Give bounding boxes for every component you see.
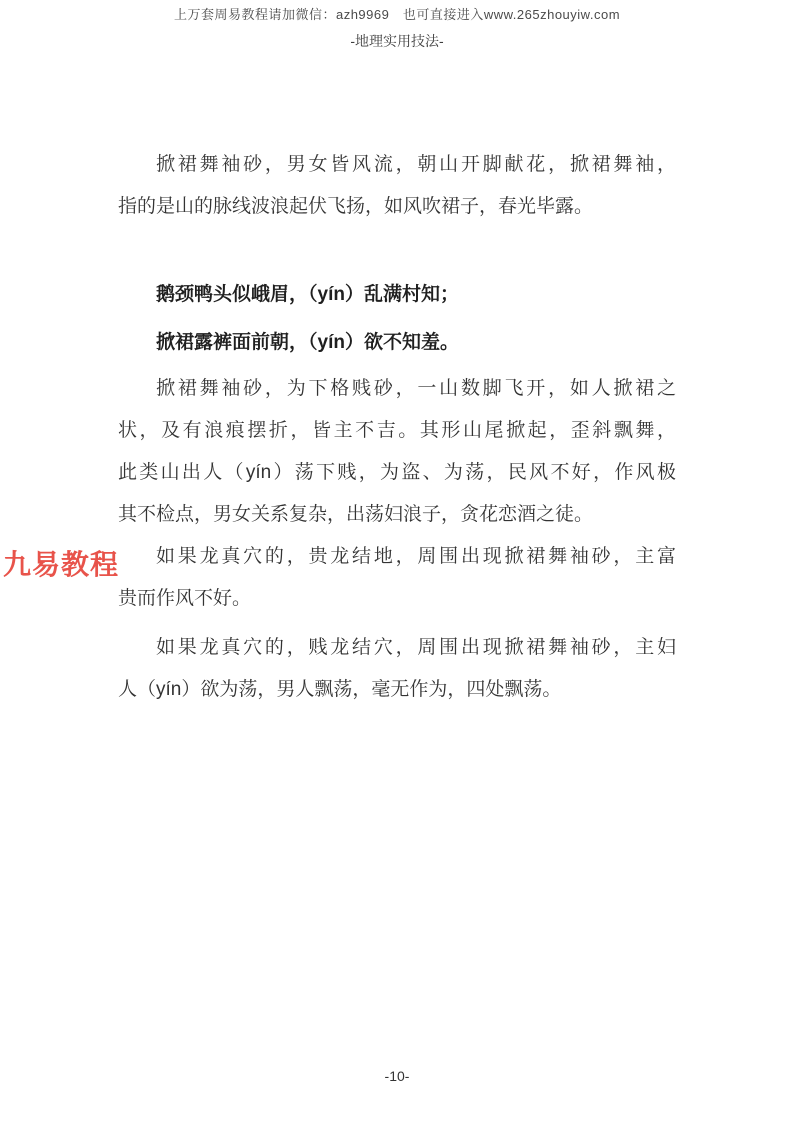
header-doc-title: -地理实用技法- [0,32,794,50]
verse-line-1: 鹅颈鸭头似峨眉，（yín）乱满村知； [118,274,676,316]
document-body: 掀裙舞袖砂，男女皆风流，朝山开脚献花，掀裙舞袖， 指的是山的脉线波浪起伏飞扬，如… [118,144,676,711]
paragraph-explanation: 掀裙舞袖砂，为下格贱砂，一山数脚飞开，如人掀裙之 状，及有浪痕摆折，皆主不吉。其… [118,368,676,536]
document-page: 上万套周易教程请加微信：azh9969 也可直接进入www.265zhouyiw… [0,0,794,1123]
paragraph-explanation-line-2: 状，及有浪痕摆折，皆主不吉。其形山尾掀起，歪斜飘舞， [118,410,676,452]
paragraph-base-dragon-line-2: 人（yín）欲为荡，男人飘荡，毫无作为，四处飘荡。 [118,669,676,711]
paragraph-intro: 掀裙舞袖砂，男女皆风流，朝山开脚献花，掀裙舞袖， 指的是山的脉线波浪起伏飞扬，如… [118,144,676,228]
verse-line-2: 掀裙露裤面前朝，（yín）欲不知羞。 [118,322,676,364]
paragraph-intro-line-1: 掀裙舞袖砂，男女皆风流，朝山开脚献花，掀裙舞袖， [118,144,676,186]
paragraph-explanation-line-4: 其不检点，男女关系复杂，出荡妇浪子，贪花恋酒之徒。 [118,494,676,536]
paragraph-noble-dragon-line-2: 贵而作风不好。 [118,578,676,620]
paragraph-noble-dragon-line-1: 如果龙真穴的，贵龙结地，周围出现掀裙舞袖砂，主富 [118,536,676,578]
paragraph-intro-line-2: 指的是山的脉线波浪起伏飞扬，如风吹裙子，春光毕露。 [118,186,676,228]
paragraph-noble-dragon: 如果龙真穴的，贵龙结地，周围出现掀裙舞袖砂，主富 贵而作风不好。 [118,536,676,620]
blank-line-spacer [118,228,676,274]
page-number: -10- [0,1068,794,1084]
paragraph-explanation-line-1: 掀裙舞袖砂，为下格贱砂，一山数脚飞开，如人掀裙之 [118,368,676,410]
paragraph-base-dragon-line-1: 如果龙真穴的，贱龙结穴，周围出现掀裙舞袖砂，主妇 [118,627,676,669]
header-promo-line: 上万套周易教程请加微信：azh9969 也可直接进入www.265zhouyiw… [0,6,794,23]
paragraph-explanation-line-3: 此类山出人（yín）荡下贱，为盗、为荡，民风不好，作风极 [118,452,676,494]
page-header: 上万套周易教程请加微信：azh9969 也可直接进入www.265zhouyiw… [0,6,794,50]
verse-couplet-1: 鹅颈鸭头似峨眉，（yín）乱满村知； [118,274,676,316]
watermark-brand-text: 九易教程 [3,543,119,583]
verse-couplet-2: 掀裙露裤面前朝，（yín）欲不知羞。 [118,322,676,364]
paragraph-base-dragon: 如果龙真穴的，贱龙结穴，周围出现掀裙舞袖砂，主妇 人（yín）欲为荡，男人飘荡，… [118,627,676,711]
